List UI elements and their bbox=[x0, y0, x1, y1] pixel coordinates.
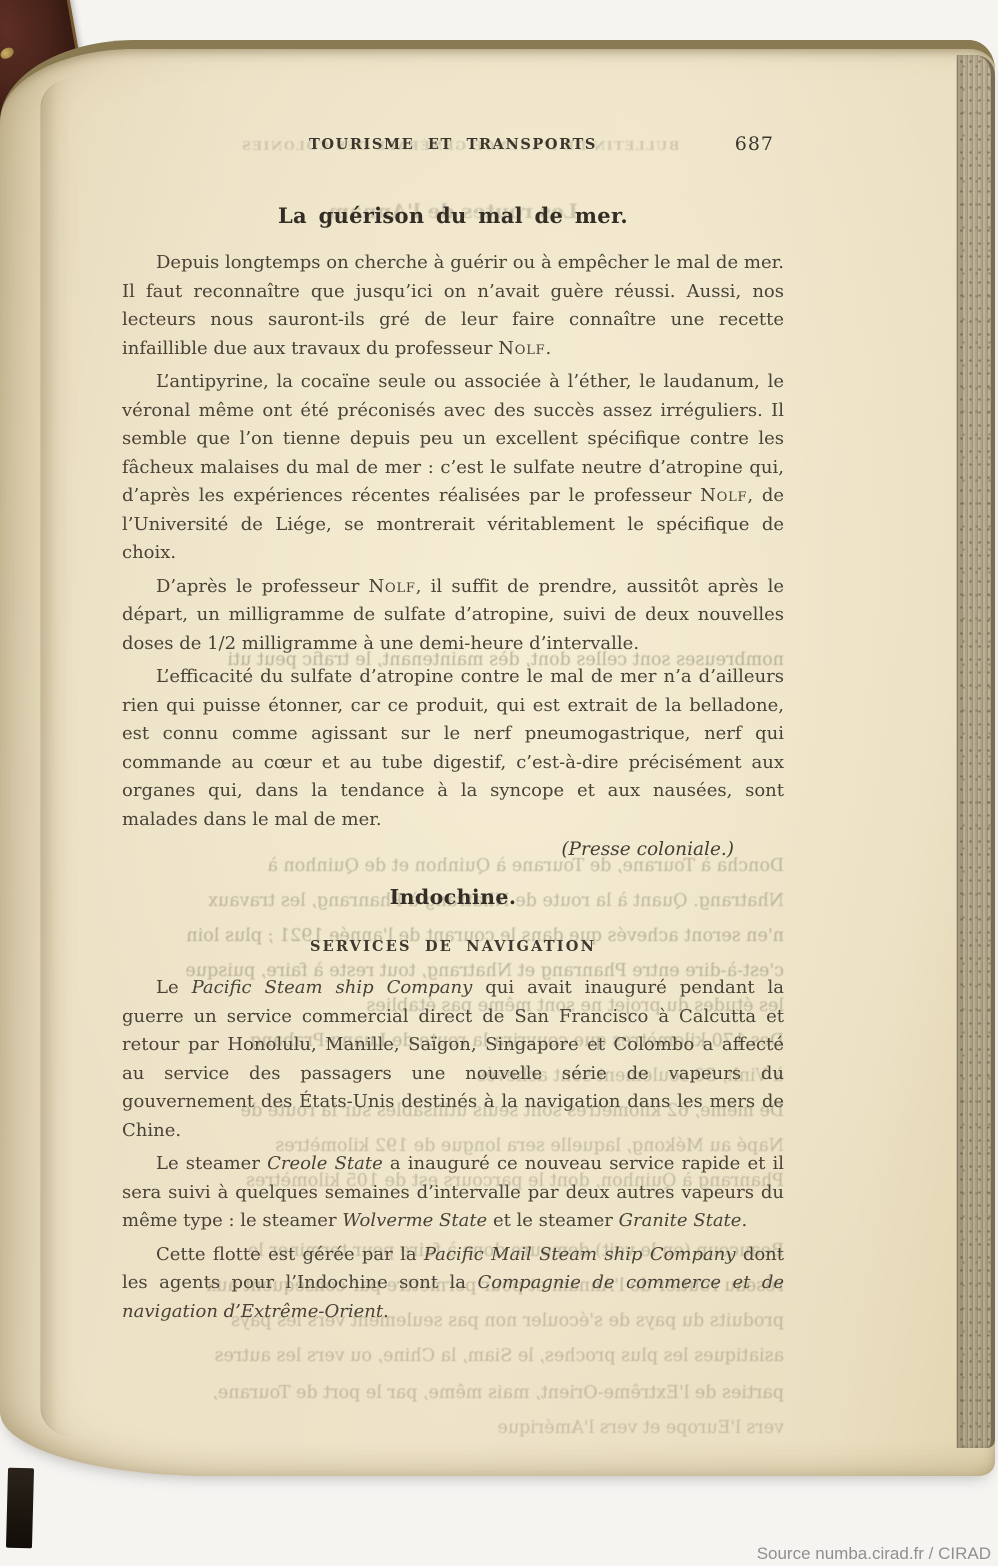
paragraph: Le Pacific Steam ship Company qui avait … bbox=[122, 974, 784, 1145]
text-segment: Granite State bbox=[619, 1210, 742, 1231]
page-gutter-shadow bbox=[40, 79, 71, 1436]
text-segment: Pacific Mail Steam ship Company bbox=[424, 1244, 736, 1265]
running-head: TOURISME ET TRANSPORTS 687 bbox=[122, 136, 784, 158]
text-segment: L’efficacité du sulfate d’atropine contr… bbox=[122, 666, 784, 830]
text-segment: Nolf bbox=[700, 485, 747, 506]
paragraph: D’après le professeur Nolf, il suffit de… bbox=[122, 573, 784, 659]
text-segment: D’après le professeur bbox=[156, 576, 368, 597]
text-segment: Le steamer bbox=[156, 1153, 267, 1174]
attribution: (Presse coloniale.) bbox=[122, 839, 784, 860]
text-segment: . bbox=[383, 1301, 389, 1322]
page-content: TOURISME ET TRANSPORTS 687 La guérison d… bbox=[122, 136, 784, 1331]
page-number: 687 bbox=[735, 133, 774, 155]
text-segment: Pacific Steam ship Company bbox=[192, 977, 473, 998]
leather-spine-bottom-strip bbox=[6, 1468, 34, 1549]
text-segment: Le bbox=[156, 977, 192, 998]
text-segment: . bbox=[741, 1210, 747, 1231]
book-fore-edge bbox=[956, 55, 995, 1448]
paragraph: Cette flotte est gérée par la Pacific Ma… bbox=[122, 1241, 784, 1327]
article-body-indochine: Le Pacific Steam ship Company qui avait … bbox=[122, 974, 784, 1326]
text-segment: . bbox=[545, 338, 551, 359]
text-segment: Creole State bbox=[267, 1153, 383, 1174]
text-segment: et le steamer bbox=[487, 1210, 618, 1231]
text-segment: Nolf bbox=[368, 576, 415, 597]
section-title-indochine: Indochine. bbox=[122, 885, 784, 909]
paragraph: Le steamer Creole State a inauguré ce no… bbox=[122, 1150, 784, 1236]
text-segment: L’antipyrine, la cocaïne seule ou associ… bbox=[122, 371, 784, 506]
paragraph: L’efficacité du sulfate d’atropine contr… bbox=[122, 663, 784, 834]
paragraph: L’antipyrine, la cocaïne seule ou associ… bbox=[122, 368, 784, 568]
paragraph: Depuis longtemps on cherche à guérir ou … bbox=[122, 249, 784, 363]
article-title-seasickness: La guérison du mal de mer. bbox=[122, 203, 784, 228]
text-segment: qui avait inauguré pendant la guerre un … bbox=[122, 977, 784, 1141]
text-segment: Cette flotte est gérée par la bbox=[156, 1244, 424, 1265]
text-segment: Wolverme State bbox=[342, 1210, 487, 1231]
section-subtitle-navigation: SERVICES DE NAVIGATION bbox=[122, 938, 784, 955]
text-segment: Nolf bbox=[498, 338, 545, 359]
article-body-seasickness: Depuis longtemps on cherche à guérir ou … bbox=[122, 249, 784, 834]
scan-source-credit: Source numba.cirad.fr / CIRAD bbox=[757, 1544, 991, 1564]
text-segment: Depuis longtemps on cherche à guérir ou … bbox=[122, 252, 784, 359]
running-title: TOURISME ET TRANSPORTS bbox=[122, 136, 784, 153]
